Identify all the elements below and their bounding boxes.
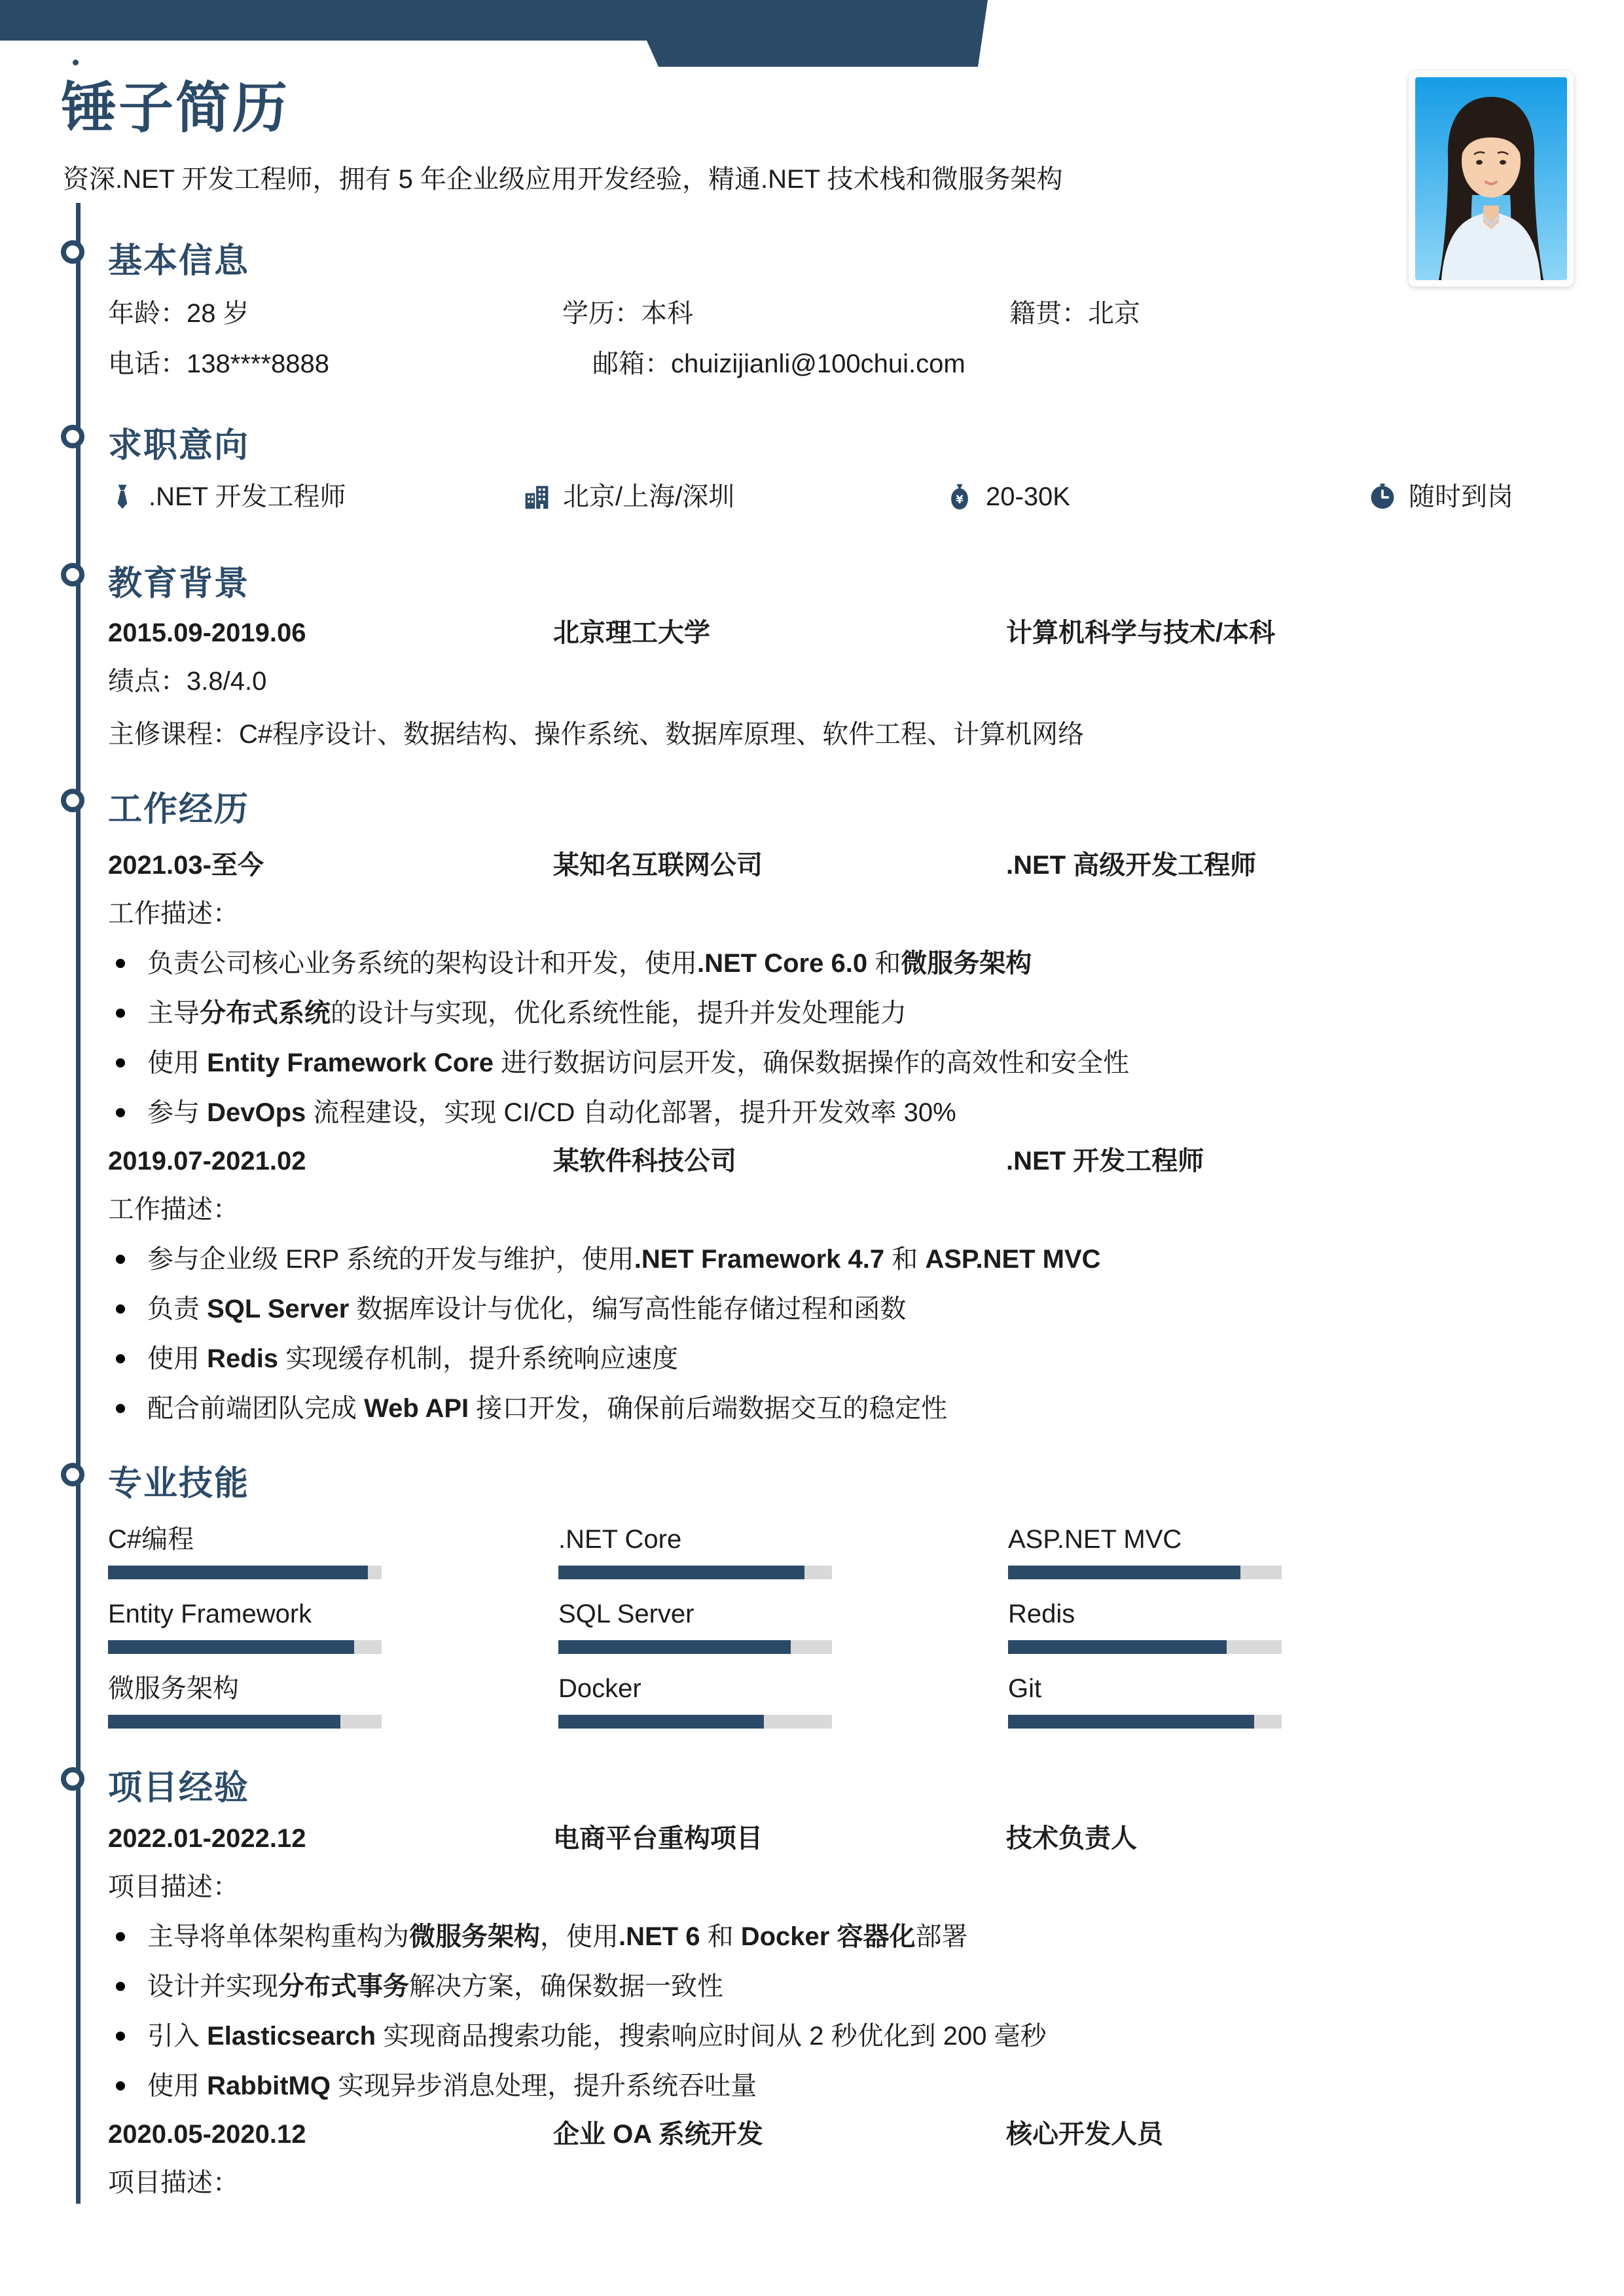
basic-info-row-2: 电话：138****8888 邮箱：chuizijianli@100chui.c… bbox=[108, 346, 1572, 382]
skill-bar bbox=[558, 1566, 832, 1579]
section-ring-icon bbox=[61, 1463, 84, 1486]
tie-icon bbox=[108, 482, 137, 511]
project-name: 企业 OA 系统开发 bbox=[553, 2117, 1006, 2152]
degree-field: 学历：本科 bbox=[562, 296, 1009, 331]
section-ring-icon bbox=[61, 1767, 84, 1791]
section-basic-header: 基本信息 bbox=[108, 234, 1572, 280]
section-title: 教育背景 bbox=[108, 556, 249, 605]
section-skills-header: 专业技能 bbox=[108, 1457, 1572, 1503]
project-name: 电商平台重构项目 bbox=[553, 1821, 1006, 1856]
project-period: 2020.05-2020.12 bbox=[108, 2117, 553, 2152]
job-bullet: 配合前端团队完成 Web API 接口开发，确保前后端数据交互的稳定性 bbox=[108, 1391, 1572, 1426]
building-icon bbox=[522, 482, 551, 511]
clock-icon bbox=[1368, 482, 1397, 511]
job-role: .NET 高级开发工程师 bbox=[1006, 848, 1572, 883]
profile-summary: 资深.NET 开发工程师，拥有 5 年企业级应用开发经验，精通.NET 技术栈和… bbox=[63, 162, 1241, 196]
project-entry-header: 2020.05-2020.12 企业 OA 系统开发 核心开发人员 bbox=[108, 2117, 1572, 2152]
job-bullet-list: 负责公司核心业务系统的架构设计和开发，使用.NET Core 6.0 和微服务架… bbox=[108, 946, 1572, 1130]
skill-item: 微服务架构 bbox=[108, 1671, 558, 1729]
project-desc-label: 项目描述： bbox=[108, 2165, 1572, 2200]
section-title: 专业技能 bbox=[108, 1456, 249, 1505]
section-ring-icon bbox=[61, 240, 84, 264]
job-bullet: 负责公司核心业务系统的架构设计和开发，使用.NET Core 6.0 和微服务架… bbox=[108, 946, 1572, 981]
skill-bar bbox=[108, 1640, 382, 1654]
job-company: 某软件科技公司 bbox=[553, 1143, 1006, 1179]
origin-field: 籍贯：北京 bbox=[1009, 296, 1572, 331]
skill-bar bbox=[558, 1715, 832, 1729]
intent-availability: 随时到岗 bbox=[1368, 479, 1572, 514]
project-entry-header: 2022.01-2022.12 电商平台重构项目 技术负责人 bbox=[108, 1821, 1572, 1856]
skill-bar bbox=[1008, 1715, 1282, 1729]
skill-bar bbox=[108, 1715, 382, 1729]
svg-text:¥: ¥ bbox=[956, 493, 964, 506]
header-dot bbox=[73, 60, 79, 65]
skill-name: Entity Framework bbox=[108, 1596, 558, 1632]
project-desc-label: 项目描述： bbox=[108, 1869, 1572, 1905]
skill-name: Docker bbox=[558, 1671, 1008, 1706]
skill-item: C#编程 bbox=[108, 1522, 558, 1579]
job-entry-header: 2021.03-至今 某知名互联网公司 .NET 高级开发工程师 bbox=[108, 848, 1572, 883]
section-basic-info: 基本信息 年龄：28 岁 学历：本科 籍贯：北京 电话：138****8888 … bbox=[108, 234, 1572, 382]
section-title: 项目经验 bbox=[108, 1760, 249, 1809]
section-projects-header: 项目经验 bbox=[108, 1761, 1572, 1807]
skill-bar bbox=[108, 1566, 382, 1579]
job-bullet-list: 参与企业级 ERP 系统的开发与维护，使用.NET Framework 4.7 … bbox=[108, 1242, 1572, 1426]
intent-row: .NET 开发工程师 北京/上海/深圳 ¥ 20-30K 随时到岗 bbox=[108, 479, 1572, 514]
project-bullet: 引入 Elasticsearch 实现商品搜索功能，搜索响应时间从 2 秒优化到… bbox=[108, 2018, 1572, 2054]
skill-name: 微服务架构 bbox=[108, 1671, 558, 1706]
skill-name: C#编程 bbox=[108, 1522, 558, 1557]
money-bag-icon: ¥ bbox=[945, 482, 974, 511]
project-bullet: 设计并实现分布式事务解决方案，确保数据一致性 bbox=[108, 1969, 1572, 2004]
skill-bar bbox=[1008, 1640, 1282, 1654]
job-bullet: 参与企业级 ERP 系统的开发与维护，使用.NET Framework 4.7 … bbox=[108, 1242, 1572, 1277]
job-period: 2019.07-2021.02 bbox=[108, 1143, 553, 1179]
job-period: 2021.03-至今 bbox=[108, 848, 553, 883]
skill-name: Redis bbox=[1008, 1596, 1572, 1632]
section-work-experience: 工作经历 2021.03-至今 某知名互联网公司 .NET 高级开发工程师 工作… bbox=[108, 783, 1572, 1426]
skill-name: Git bbox=[1008, 1671, 1572, 1706]
job-bullet: 使用 Redis 实现缓存机制，提升系统响应速度 bbox=[108, 1341, 1572, 1376]
job-bullet: 主导分布式系统的设计与实现，优化系统性能，提升并发处理能力 bbox=[108, 996, 1572, 1031]
skill-item: .NET Core bbox=[558, 1522, 1008, 1579]
skills-grid: C#编程 .NET Core ASP.NET MVC Entity Framew… bbox=[108, 1522, 1572, 1729]
project-bullet: 主导将单体架构重构为微服务架构，使用.NET 6 和 Docker 容器化部署 bbox=[108, 1919, 1572, 1954]
intent-location: 北京/上海/深圳 bbox=[522, 479, 945, 514]
resume-page: 锤子简历 资深.NET 开发工程师，拥有 5 年企业级应用开发经验，精通.NET… bbox=[0, 0, 1624, 2296]
skill-name: SQL Server bbox=[558, 1596, 1008, 1632]
email-field: 邮箱：chuizijianli@100chui.com bbox=[592, 346, 1572, 382]
section-title: 求职意向 bbox=[108, 418, 249, 467]
job-bullet: 参与 DevOps 流程建设，实现 CI/CD 自动化部署，提升开发效率 30% bbox=[108, 1095, 1572, 1130]
skill-item: Git bbox=[1008, 1671, 1572, 1729]
intent-position: .NET 开发工程师 bbox=[108, 479, 522, 514]
education-period: 2015.09-2019.06 bbox=[108, 615, 553, 651]
project-bullet: 使用 RabbitMQ 实现异步消息处理，提升系统吞吐量 bbox=[108, 2068, 1572, 2104]
top-banner-shape bbox=[0, 0, 1624, 69]
intent-position-label: .NET 开发工程师 bbox=[149, 479, 346, 514]
intent-salary-label: 20-30K bbox=[986, 479, 1070, 514]
skill-bar bbox=[1008, 1566, 1282, 1579]
section-work-header: 工作经历 bbox=[108, 783, 1572, 829]
education-school: 北京理工大学 bbox=[553, 615, 1006, 651]
skill-item: Redis bbox=[1008, 1596, 1572, 1654]
project-role: 核心开发人员 bbox=[1006, 2117, 1572, 2152]
job-company: 某知名互联网公司 bbox=[553, 848, 1006, 883]
job-desc-label: 工作描述： bbox=[108, 1192, 1572, 1227]
section-education-header: 教育背景 bbox=[108, 557, 1572, 603]
section-projects: 项目经验 2022.01-2022.12 电商平台重构项目 技术负责人 项目描述… bbox=[108, 1761, 1572, 2200]
section-ring-icon bbox=[61, 789, 84, 812]
skill-item: ASP.NET MVC bbox=[1008, 1522, 1572, 1579]
project-period: 2022.01-2022.12 bbox=[108, 1821, 553, 1856]
skill-bar bbox=[558, 1640, 832, 1654]
section-title: 工作经历 bbox=[108, 781, 249, 831]
job-role: .NET 开发工程师 bbox=[1006, 1143, 1572, 1179]
job-bullet: 负责 SQL Server 数据库设计与优化，编写高性能存储过程和函数 bbox=[108, 1291, 1572, 1327]
skill-name: ASP.NET MVC bbox=[1008, 1522, 1572, 1557]
skill-item: Docker bbox=[558, 1671, 1008, 1729]
skill-item: Entity Framework bbox=[108, 1596, 558, 1654]
section-skills: 专业技能 C#编程 .NET Core ASP.NET MVC Entity F… bbox=[108, 1457, 1572, 1729]
project-role: 技术负责人 bbox=[1006, 1821, 1572, 1856]
intent-availability-label: 随时到岗 bbox=[1409, 479, 1513, 514]
section-job-intent: 求职意向 .NET 开发工程师 北京/上海/深圳 ¥ 20-30K 随时到岗 bbox=[108, 419, 1572, 514]
education-entry: 2015.09-2019.06 北京理工大学 计算机科学与技术/本科 bbox=[108, 615, 1572, 651]
section-intent-header: 求职意向 bbox=[108, 419, 1572, 465]
job-entry-header: 2019.07-2021.02 某软件科技公司 .NET 开发工程师 bbox=[108, 1143, 1572, 1179]
phone-field: 电话：138****8888 bbox=[108, 346, 592, 382]
resume-title: 锤子简历 bbox=[62, 79, 289, 138]
job-bullet: 使用 Entity Framework Core 进行数据访问层开发，确保数据操… bbox=[108, 1045, 1572, 1081]
job-desc-label: 工作描述： bbox=[108, 896, 1572, 931]
section-education: 教育背景 2015.09-2019.06 北京理工大学 计算机科学与技术/本科 … bbox=[108, 557, 1572, 752]
intent-salary: ¥ 20-30K bbox=[945, 479, 1368, 514]
age-field: 年龄：28 岁 bbox=[108, 296, 562, 331]
section-title: 基本信息 bbox=[108, 233, 249, 282]
education-courses: 主修课程：C#程序设计、数据结构、操作系统、数据库原理、软件工程、计算机网络 bbox=[108, 717, 1572, 752]
basic-info-row-1: 年龄：28 岁 学历：本科 籍贯：北京 bbox=[108, 296, 1572, 331]
education-gpa: 绩点：3.8/4.0 bbox=[108, 664, 1572, 699]
intent-location-label: 北京/上海/深圳 bbox=[563, 479, 734, 514]
project-bullet-list: 主导将单体架构重构为微服务架构，使用.NET 6 和 Docker 容器化部署 … bbox=[108, 1919, 1572, 2104]
section-ring-icon bbox=[61, 563, 84, 586]
section-ring-icon bbox=[61, 425, 84, 448]
timeline-line bbox=[76, 203, 81, 2204]
skill-name: .NET Core bbox=[558, 1522, 1008, 1557]
skill-item: SQL Server bbox=[558, 1596, 1008, 1654]
education-major: 计算机科学与技术/本科 bbox=[1006, 615, 1572, 651]
